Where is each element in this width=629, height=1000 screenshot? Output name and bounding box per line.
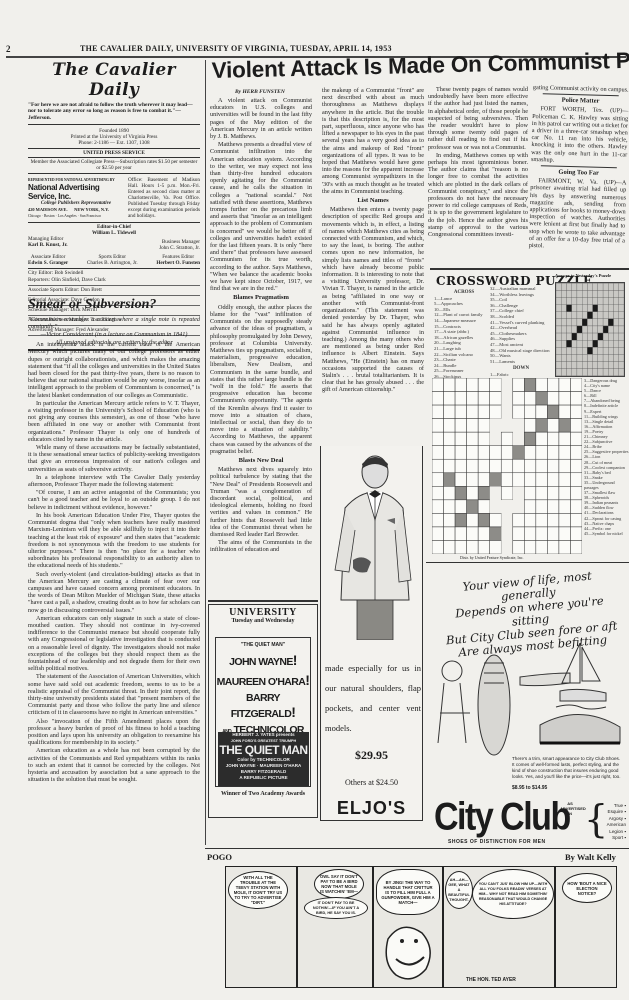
article-column-4: gating Communist activity on campus. Pol… [529,84,629,253]
advertised-label: AS ADVERTISED IN [560,801,580,816]
paragraph: In his book American Education Under Fir… [28,512,200,570]
masthead-motto: "For here we are not afraid to follow th… [28,102,200,121]
paragraph: Such overly-violent (and circulation-bui… [28,571,200,614]
comic-title: POGO [207,852,232,862]
suit-price: $29.95 [321,748,422,763]
suit-other-price: Others at $24.50 [321,778,422,787]
down-clues-continued: 3—Dangerous drug4—City's name5—Dance6—Ri… [584,378,629,536]
paragraph: A violent attack on Communist educators … [210,97,312,140]
managing-name: Karl B. Knust, Jr. [28,242,68,248]
staff-line: City Editor: Bob Swindell [28,269,200,277]
sports-name: Charles B. Arrington, Jr. [87,260,138,266]
speech-balloon: AH—AH— GEE, WHAT A BEAUTIFUL THOUGHT. [445,871,473,909]
comic-panel-1: WITH ALL THE TROUBLE AT THE TEEVY STATIO… [225,866,297,988]
crossword-credit: Distr. by United Feature Syndicate, Inc. [460,555,524,560]
page-number: 2 [6,44,11,54]
article-headline: Violent Attack Is Made On Communist Prof… [211,48,629,84]
film-title: "THE QUIET MAN" [216,642,310,648]
brief-text: FORT WORTH, Tex. (UP)—Policeman C. K. Ha… [531,105,628,165]
paragraph: The aims of the Communists in the infilt… [210,539,312,553]
clue: 29—Coolest companion [584,465,629,470]
suit-advertisement: made especially for us in our natural sh… [320,446,423,821]
comic-panel-5: HOW 'BOUT A NICE ELECTION NOTICE? [555,866,617,988]
ad-copy: There's a trim, smart appearance to City… [512,756,622,780]
across-clues-continued: 32—Australian mammal34—Worthless leaving… [490,286,552,364]
paragraph: The statement of the Association of Amer… [28,673,200,716]
star-name: JOHN WAYNE! [216,652,310,668]
staff-line: Reporters: Olin Sinfield, Dave Clark [28,277,200,286]
comic-strip: WITH ALL THE TROUBLE AT THE TEEVY STATIO… [225,866,615,988]
subhead: Blames Pragmatism [210,294,312,301]
movie-banner: HERBERT J. YATES presents JOHN FORD'S GR… [218,732,309,786]
show-days: Tuesday and Wednesday [209,618,317,624]
comic-panel-4: AH—AH— GEE, WHAT A BEAUTIFUL THOUGHT. YO… [443,866,555,988]
byline: By HERB FUNSTEN [235,89,285,95]
shoe-illustration-icon [430,643,626,759]
business-label: Business Manager [159,239,200,245]
paragraph: Matthews then enters a twenty page descr… [322,206,424,393]
editorial-body: "Communism resembles a concert where a s… [28,316,200,784]
associate-name: Edwin S. Granger [28,260,68,266]
subhead: Blasts New Deal [210,457,312,464]
clue: 51—Laments [490,359,552,365]
paragraph: "Of course, I am an active antagonist of… [28,489,200,511]
managing-label: Managing Editor [28,236,68,242]
rep-cities: Chicago · Boston · Los Angeles · San Fra… [28,213,124,219]
rule [205,848,629,849]
article-column-3: These twenty pages of names would undoub… [428,86,528,239]
paragraph: In a telephone interview with The Cavali… [28,474,200,488]
store-logo: ELJO'S [321,798,422,819]
speech-balloon: WITH ALL THE TROUBLE AT THE TEEVY STATIO… [228,871,288,909]
paragraph: An intemperate attack in the current iss… [28,341,200,399]
speech-balloon: YOU CAN'T JUS' BLOW HIM UP—WITH ALL YOU … [472,869,554,919]
city-club-advertisement: Your view of life, most generally Depend… [426,562,629,847]
paragraph: Also "invocation of the Fifth Amendment … [28,718,200,747]
city-club-logo: City Club [434,795,570,840]
wire-service: UNITED PRESS SERVICE [28,150,200,156]
panel-sign: THE HON. TED AYER [466,977,516,983]
star-name: MAUREEN O'HARA! [216,672,310,688]
article-column-2: the makeup of a Communist "front" are ne… [322,87,424,395]
comic-panel-2: OWL SAY IT DON'T PAY TO BE A BIRD NOW TH… [297,866,373,988]
suit-copy: made especially for us in our natural sh… [325,658,421,738]
clue: 45—Symbol for nickel [584,531,629,536]
paragraph: In particular the American Mercury artic… [28,400,200,443]
paragraph: These twenty pages of names would undoub… [428,86,528,151]
features-label: Features Editor [156,254,200,260]
speech-balloon: BY JING! THE WAY TO HANDLE THAT CRITTUR … [376,869,440,915]
clue: 35—Underground passages [584,480,629,490]
paragraph: American education as a whole has not be… [28,747,200,783]
suit-illustration-icon [329,450,417,640]
magazine-name: Sport ▪ [598,835,626,841]
office-info: Office: Basement of Madison Hall. Hours … [128,177,200,219]
brief-text: FAIRMONT, W. Va. (UP)—A prisoner awaitin… [529,177,627,252]
rep-name: National Advertising Service, Inc. [28,183,124,201]
editorial-quote: "Communism resembles a concert where a s… [28,316,200,331]
subhead: List Names [322,197,424,204]
price-range: $8.95 to $14.95 [512,785,547,791]
paragraph: In ending, Matthews comes up with perhap… [428,152,528,238]
paragraph: the makeup of a Communist "front" are ne… [322,87,424,195]
speech-balloon: OWL SAY IT DON'T PAY TO BE A BIRD NOW TH… [314,869,364,899]
theater-name: UNIVERSITY [209,607,317,618]
paragraph: While many of these accusations may be f… [28,444,200,473]
paragraph: gating Communist activity on campus. [533,84,629,94]
rep-sub: College Publishers Representative [28,201,124,207]
brief-title: Police Matter [532,96,628,106]
paragraph: Matthews presents a dreadful view of Com… [210,141,312,292]
comic-author: By Walt Kelly [565,852,616,862]
features-name: Herbert O. Funsten [156,260,200,266]
quote-attribution: —Victor Considerant (in a lecture on Com… [28,331,200,338]
rep-label: REPRESENTED FOR NATIONAL ADVERTISING BY [28,177,124,183]
phone: Phone: 2-1186 — Ext. 1307, 1308 [28,140,200,146]
staff-line: Associate Sports Editor: Don Brett [28,286,200,296]
answer-grid [555,282,625,377]
column-rule [205,60,206,845]
ad-tagline: SHOES OF DISTINCTION FOR MEN [448,839,546,845]
editorial-title: Smear or Subversion? [28,297,156,313]
movie-advertisement: UNIVERSITY Tuesday and Wednesday "THE QU… [208,604,318,818]
crossword-grid[interactable] [432,378,582,554]
comic-panel-3: BY JING! THE WAY TO HANDLE THAT CRITTUR … [373,866,443,988]
membership: Member the Associated Collegiate Press—S… [28,159,200,171]
article-column-1: A violent attack on Communist educators … [210,97,312,555]
star-name: BARRY FITZGERALD! [216,692,310,720]
masthead-title: The Cavalier Daily [28,60,200,100]
brief-title: Going Too Far [531,168,627,178]
paragraph: Matthews next dives squarely into politi… [210,466,312,538]
speech-balloon: HOW 'BOUT A NICE ELECTION NOTICE? [562,873,612,903]
paragraph: Oddly enough, the author places the blam… [210,304,312,455]
business-name: John C. Stratton, Jr. [159,245,200,251]
award-note: Winner of Two Academy Awards [209,791,317,798]
answer-label: Answer to Yesterday's Puzzle [555,273,611,278]
associate-label: Associate Editor [28,254,68,260]
banner-title: THE QUIET MAN [218,744,309,757]
speech-balloon: IT DON'T PAY TO BE NOTHIN'—IF YOU AIN'T … [304,897,368,919]
crossword-puzzle: CROSSWORD PUZZLE Answer to Yesterday's P… [430,270,629,560]
magazine-list: True ▪Esquire ▪Argosy ▪American Legion ▪… [598,803,626,841]
alligator-illustration-icon [382,919,436,985]
paragraph: American educators can only stagnate in … [28,615,200,673]
rule [208,600,318,602]
magazine-name: American Legion ▪ [598,822,626,835]
movie-box: "THE QUIET MAN" JOHN WAYNE! MAUREEN O'HA… [215,637,311,787]
